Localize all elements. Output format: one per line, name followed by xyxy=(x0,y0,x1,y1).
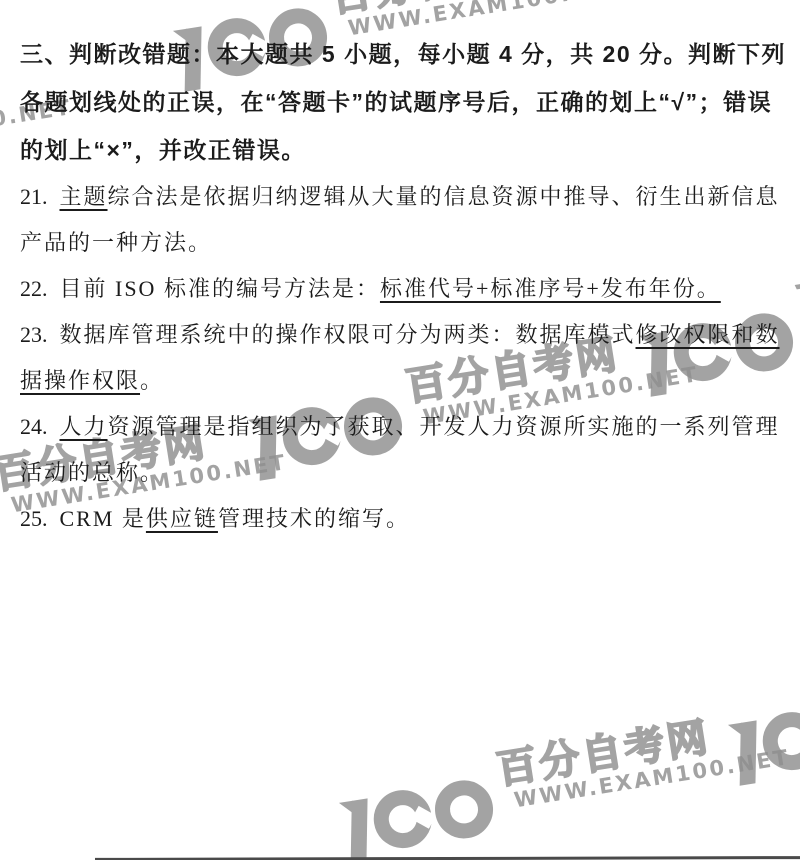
question-text: 资源管理是指组织为了获取、开发人力资源所实施的一系列管理活动的总称。 xyxy=(20,414,780,485)
question-number: 24. xyxy=(20,414,48,439)
questions: 21.主题综合法是依据归纳逻辑从大量的信息资源中推导、衍生出新信息产品的一种方法… xyxy=(20,174,788,542)
question-text: 管理技术的缩写。 xyxy=(218,506,410,531)
question-22: 22.目前 ISO 标准的编号方法是：标准代号+标准序号+发布年份。 xyxy=(20,266,788,312)
section-header: 三、判断改错题：本大题共 5 小题，每小题 4 分，共 20 分。判断下列各题划… xyxy=(20,30,788,174)
question-number: 22. xyxy=(20,276,48,301)
underlined-phrase: 标准代号+标准序号+发布年份。 xyxy=(380,276,721,301)
question-23: 23.数据库管理系统中的操作权限可分为两类：数据库模式修改权限和数据操作权限。 xyxy=(20,312,788,404)
question-number: 21. xyxy=(20,184,48,209)
underlined-phrase: 人力 xyxy=(60,414,108,439)
underlined-phrase: 供应链 xyxy=(146,506,218,531)
underlined-phrase: 主题 xyxy=(60,184,108,209)
question-text: 综合法是依据归纳逻辑从大量的信息资源中推导、衍生出新信息产品的一种方法。 xyxy=(20,184,780,255)
exam-content: 三、判断改错题：本大题共 5 小题，每小题 4 分，共 20 分。判断下列各题划… xyxy=(0,0,800,860)
question-number: 25. xyxy=(20,506,48,531)
question-25: 25.CRM 是供应链管理技术的缩写。 xyxy=(20,496,788,542)
question-text: CRM 是 xyxy=(60,506,146,531)
question-text: 。 xyxy=(140,368,164,393)
scanned-exam-page: { "document": { "section_header": "三、判断改… xyxy=(0,0,800,860)
question-number: 23. xyxy=(20,322,48,347)
question-text: 目前 ISO 标准的编号方法是： xyxy=(60,276,380,301)
question-21: 21.主题综合法是依据归纳逻辑从大量的信息资源中推导、衍生出新信息产品的一种方法… xyxy=(20,174,788,266)
question-24: 24.人力资源管理是指组织为了获取、开发人力资源所实施的一系列管理活动的总称。 xyxy=(20,404,788,496)
question-text: 数据库管理系统中的操作权限可分为两类：数据库模式 xyxy=(60,322,636,347)
